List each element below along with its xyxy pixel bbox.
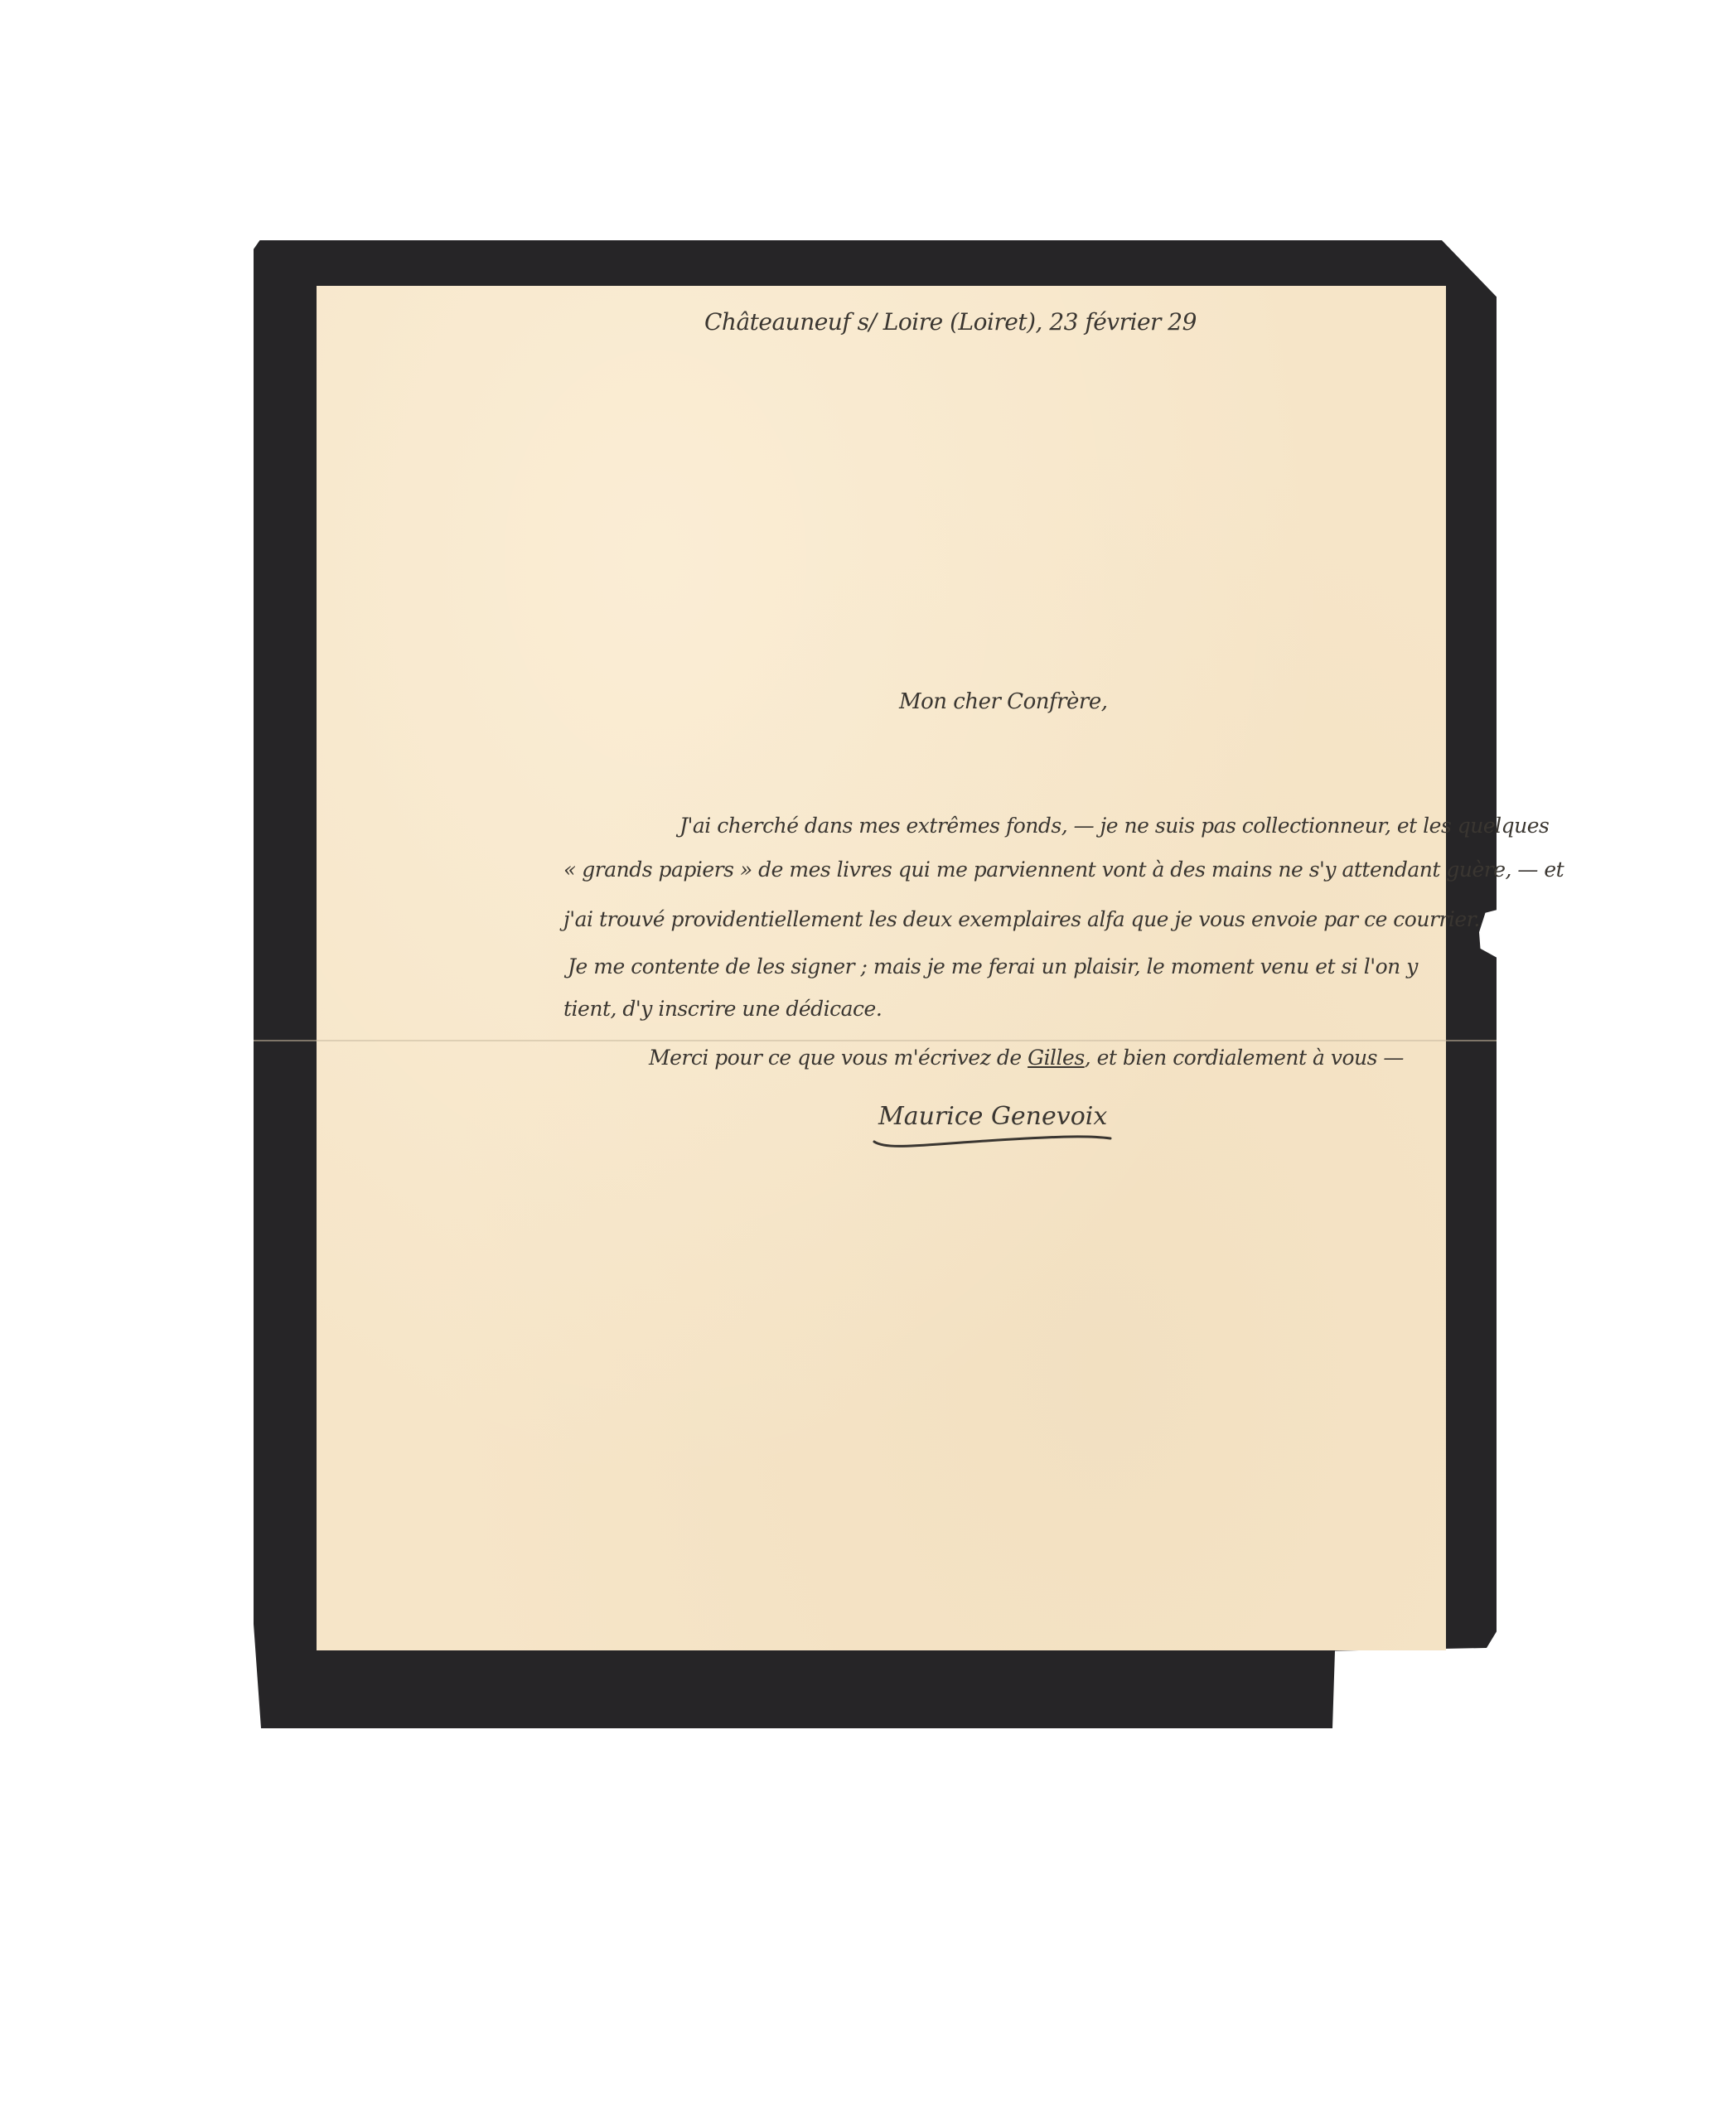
closing-line: Merci pour ce que vous m'écrivez de Gill… [649, 1046, 1404, 1070]
fold-crease [254, 1040, 1497, 1041]
salutation: Mon cher Confrère, [899, 689, 1107, 714]
body-line-4: Je me contente de les signer ; mais je m… [568, 954, 1418, 978]
underlined-title: Gilles [1028, 1046, 1085, 1070]
body-line-2: « grands papiers » de mes livres qui me … [563, 858, 1564, 882]
closing-suffix: , et bien cordialement à vous — [1085, 1046, 1404, 1070]
body-line-5: tient, d'y inscrire une dédicace. [563, 997, 882, 1021]
signature: Maurice Genevoix [878, 1102, 1110, 1168]
body-line-3: j'ai trouvé providentiellement les deux … [563, 907, 1480, 931]
place-date-heading: Châteauneuf s/ Loire (Loiret), 23 févrie… [704, 308, 1197, 336]
body-line-1: J'ai cherché dans mes extrêmes fonds, — … [679, 814, 1549, 838]
signature-underline-icon [870, 1127, 1119, 1152]
closing-prefix: Merci pour ce que vous m'écrivez de [649, 1046, 1028, 1070]
